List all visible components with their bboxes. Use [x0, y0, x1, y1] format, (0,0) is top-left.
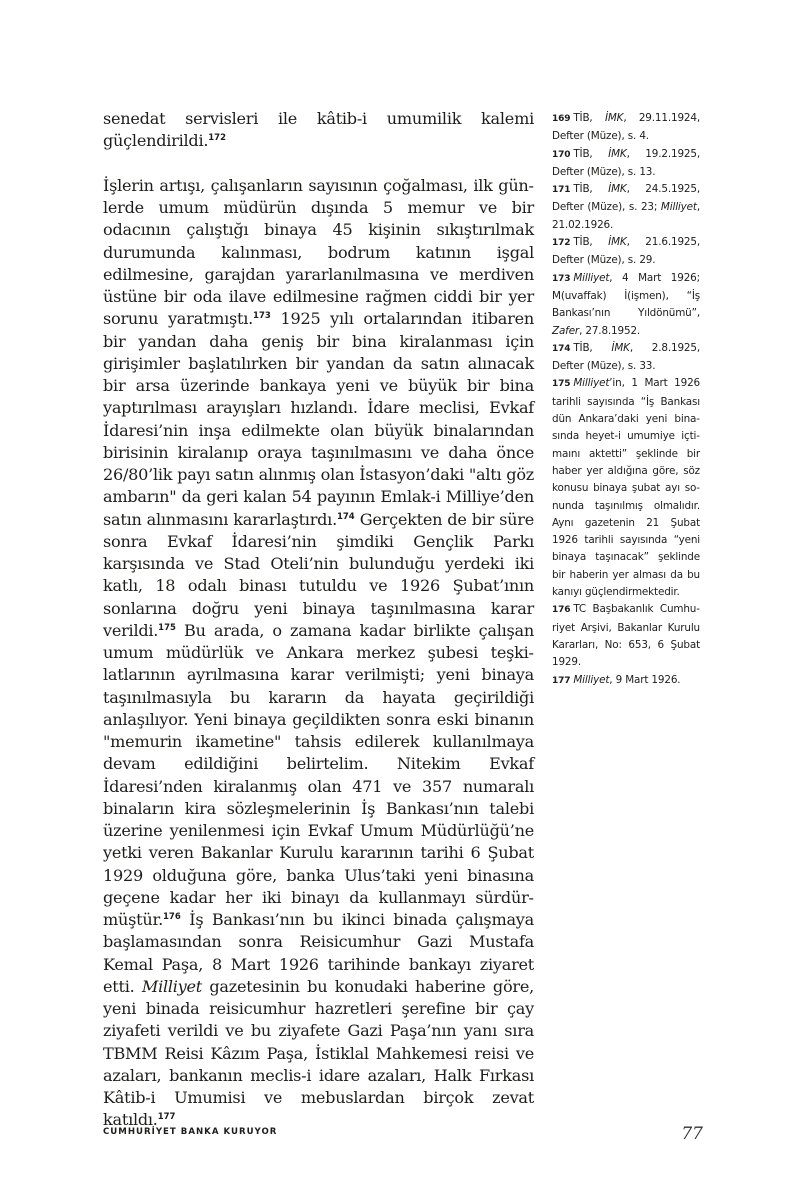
- text-run: TC Başbakanlık Cumhu­riyet Arşivi, Bakan…: [552, 603, 700, 668]
- italic-text: İMK: [611, 342, 629, 354]
- text-run: TİB,: [573, 183, 608, 195]
- footnote-number: 177: [552, 676, 570, 686]
- text-run: TİB,: [573, 236, 608, 248]
- footnote-number: 170: [552, 150, 570, 160]
- italic-text: Milli­yet: [661, 201, 697, 213]
- italic-text: Milliyet: [142, 977, 202, 996]
- footnote-reference: 177: [158, 1112, 176, 1122]
- footnote-reference: 172: [208, 133, 226, 143]
- footnote-172: 172TİB, İMK, 21.6.1925, Defter (Müze), s…: [552, 234, 700, 270]
- paragraph: senedat servisleri ile kâtib-i umumilik …: [103, 108, 534, 153]
- footnote-number: 174: [552, 344, 570, 354]
- italic-text: İMK: [608, 148, 626, 160]
- footnote-173: 173Milliyet, 4 Mart 1926; M(uvaffak) İ(i…: [552, 270, 700, 340]
- italic-text: İMK: [608, 236, 626, 248]
- text-run: 1925 yılı ortalarından itibaren bir yand…: [103, 309, 534, 528]
- footnote-169: 169TİB, İMK, 29.11.1924, Defter (Müze), …: [552, 110, 700, 146]
- text-run: , 27.8.1952.: [579, 325, 640, 337]
- italic-text: Zafer: [552, 325, 579, 337]
- text-run: İşlerin artışı, çalışanların sayısının ç…: [103, 176, 534, 329]
- page-number: 77: [675, 1124, 703, 1144]
- text-run: TİB,: [573, 148, 608, 160]
- text-run: senedat servisleri ile kâtib-i umumilik …: [103, 109, 534, 150]
- footnote-170: 170TİB, İMK, 19.2.1925, Defter (Müze), s…: [552, 146, 700, 182]
- footnotes-column: 169TİB, İMK, 29.11.1924, Defter (Müze), …: [552, 110, 700, 690]
- footnote-number: 173: [552, 274, 570, 284]
- paragraph: İşlerin artışı, çalışanların sayısının ç…: [103, 175, 534, 1132]
- text-run: ’in, 1 Mart 1926 tarihli sayısında “İş B…: [552, 377, 700, 598]
- footnote-171: 171TİB, İMK, 24.5.1925, Defter (Müze), s…: [552, 181, 700, 234]
- footnote-175: 175Milliyet’in, 1 Mart 1926 tarihli sayı…: [552, 375, 700, 601]
- footnote-177: 177Milliyet, 9 Mart 1926.: [552, 672, 700, 690]
- main-text-column: senedat servisleri ile kâtib-i umumilik …: [103, 108, 534, 1132]
- italic-text: Milliyet: [573, 272, 609, 284]
- footnote-number: 171: [552, 185, 570, 195]
- italic-text: İMK: [608, 183, 626, 195]
- italic-text: Milliyet: [573, 674, 609, 686]
- text-run: TİB,: [573, 112, 605, 124]
- footnote-174: 174TİB, İMK, 2.8.1925, Defter (Müze), s.…: [552, 340, 700, 376]
- footnote-number: 175: [552, 379, 570, 389]
- footnote-number: 172: [552, 238, 570, 248]
- footnote-reference: 176: [163, 912, 181, 922]
- running-title: CUMHURİYET BANKA KURUYOR: [103, 1127, 277, 1137]
- footnote-reference: 175: [158, 623, 176, 633]
- text-run: TİB,: [573, 342, 611, 354]
- footnote-number: 176: [552, 605, 570, 615]
- italic-text: İMK: [605, 112, 623, 124]
- footnote-reference: 174: [337, 512, 355, 522]
- text-run: , 9 Mart 1926.: [609, 674, 680, 686]
- text-run: Bu arada, o zamana kadar birlikte çalışa…: [103, 621, 534, 929]
- footnote-reference: 173: [253, 311, 271, 321]
- italic-text: Milliyet: [573, 377, 609, 389]
- footnote-176: 176TC Başbakanlık Cumhu­riyet Arşivi, Ba…: [552, 601, 700, 671]
- footnote-number: 169: [552, 114, 570, 124]
- text-run: gazete­sinin bu konudaki haberine göre, …: [103, 977, 534, 1130]
